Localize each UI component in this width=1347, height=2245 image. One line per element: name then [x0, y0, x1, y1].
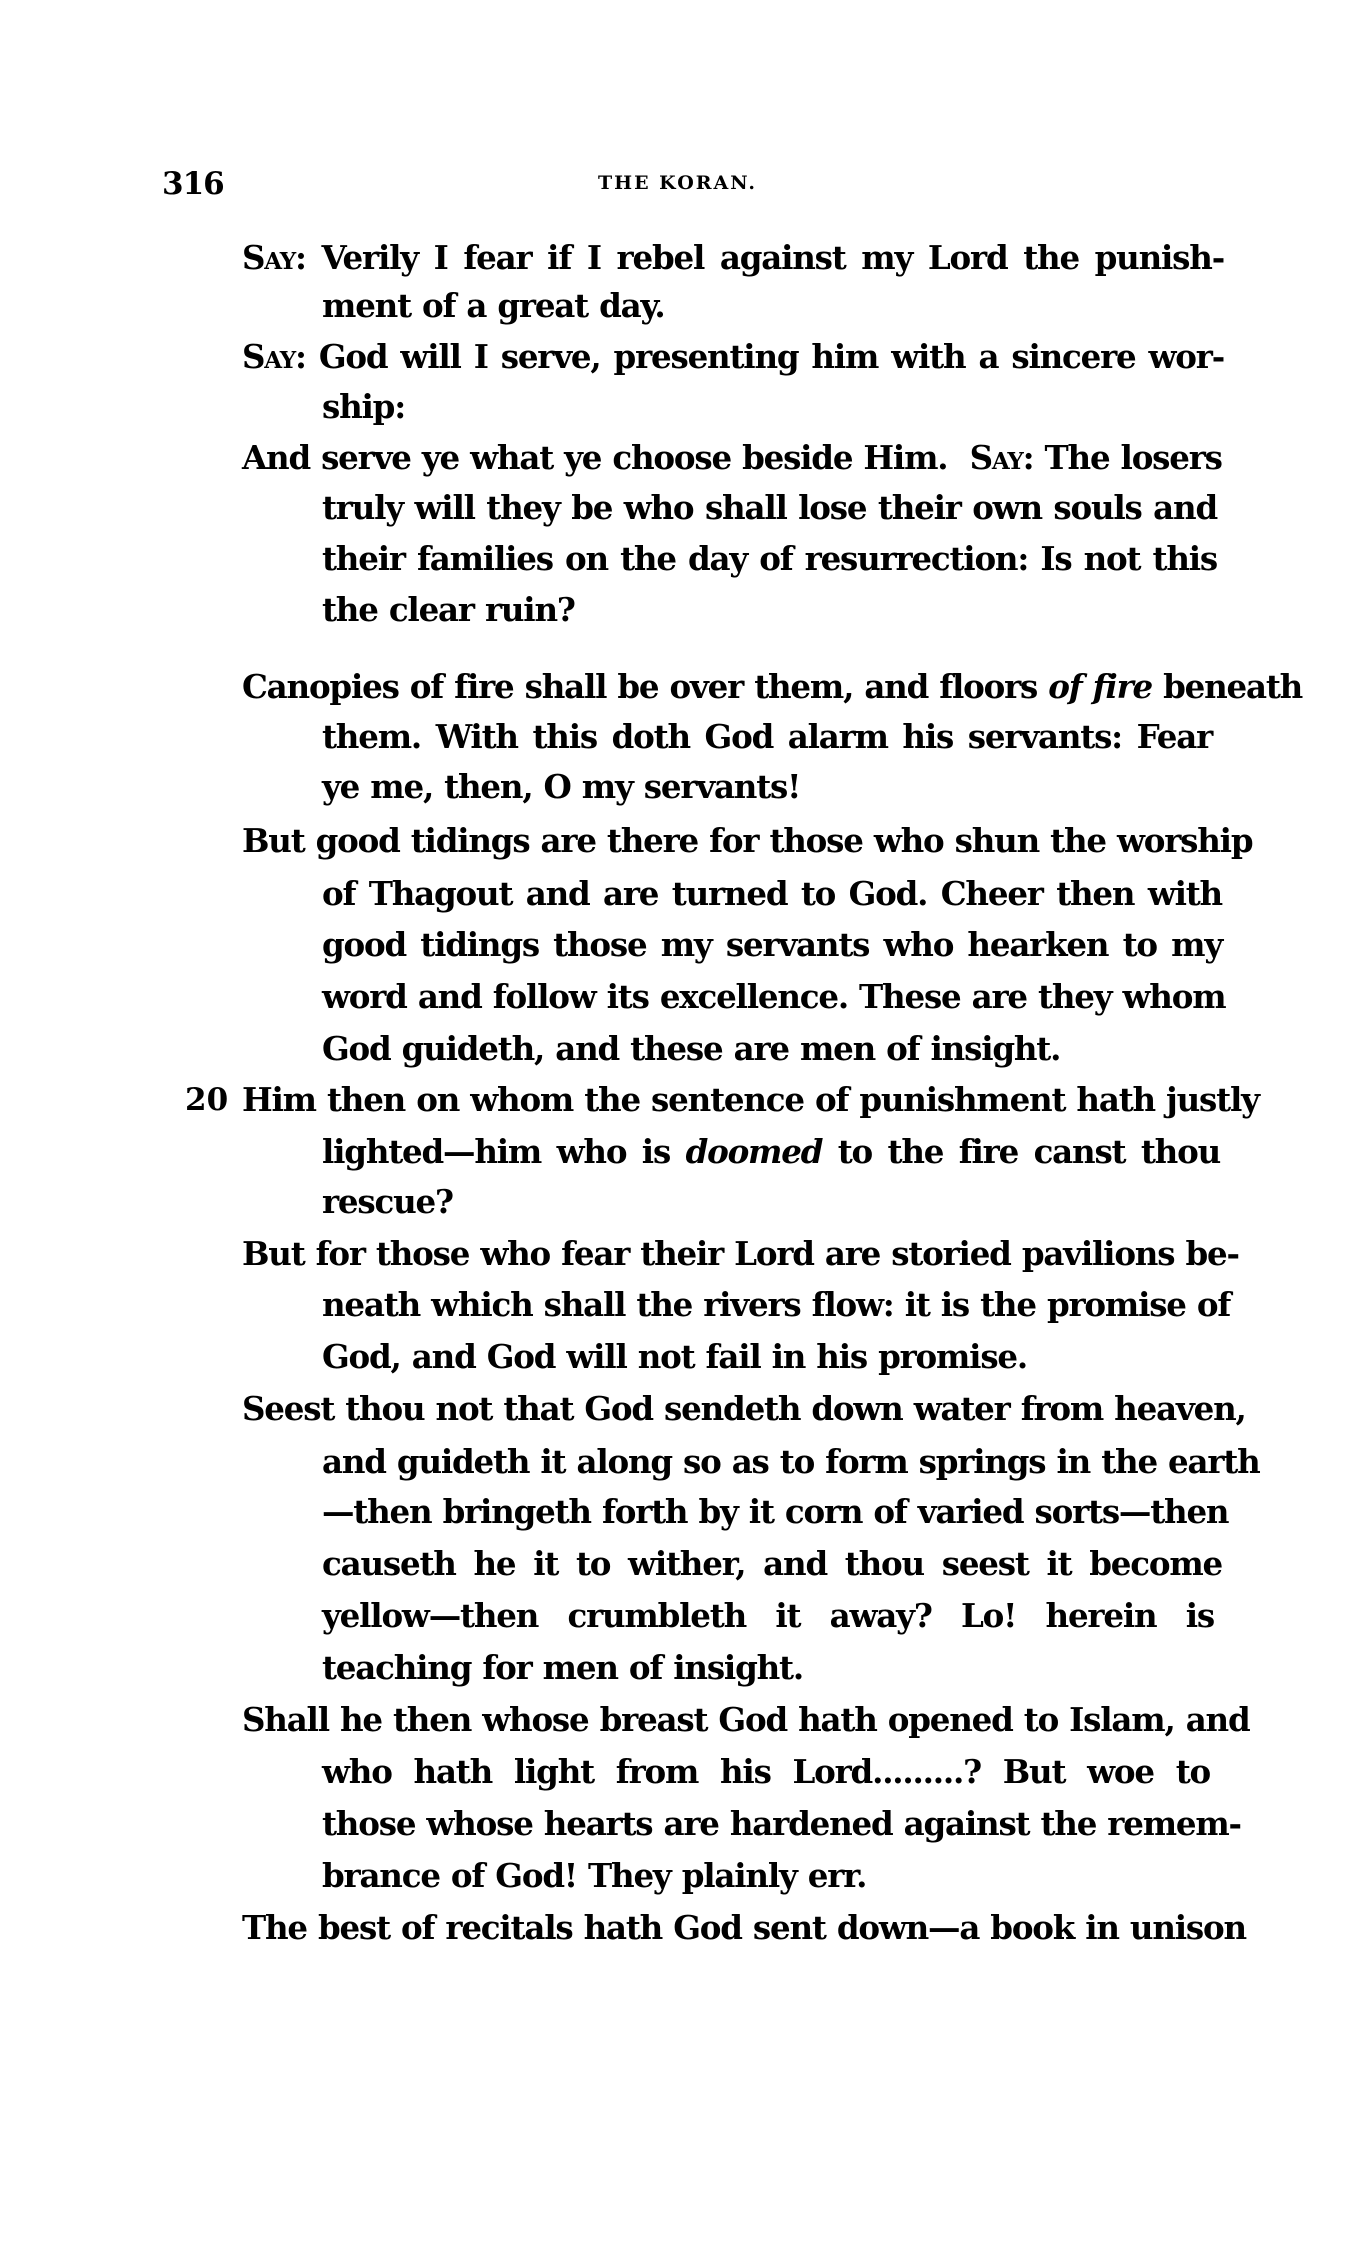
say-smallcaps: Say — [242, 337, 295, 376]
text-line: Shall he then whose breast God hath open… — [242, 1698, 1210, 1742]
text-line: yellow—then crumbleth it away? Lo! herei… — [322, 1594, 1214, 1638]
text-line: them. With this doth God alarm his serva… — [322, 715, 1212, 759]
italic-fragment: of fire — [1048, 667, 1152, 706]
book-page: 316 THE KORAN. Say: Verily I fear if I r… — [0, 0, 1347, 2245]
text-line: lighted—him who is doomed to the fire ca… — [322, 1130, 1220, 1174]
text-line: —then bringeth forth by it corn of varie… — [322, 1490, 1222, 1534]
text-line: who hath light from his Lord.........? B… — [322, 1750, 1210, 1794]
text-line: God, and God will not fail in his promis… — [322, 1335, 1027, 1379]
text-line: ship: — [322, 385, 405, 429]
text-line: rescue? — [322, 1180, 453, 1224]
text-line: teaching for men of insight. — [322, 1646, 803, 1690]
text-line: Seest thou not that God sendeth down wat… — [242, 1387, 1212, 1431]
running-head: 316 THE KORAN. — [0, 166, 1347, 206]
text-line: Him then on whom the sentence of punishm… — [242, 1078, 1222, 1122]
text-line: brance of God! They plainly err. — [322, 1854, 866, 1898]
text-fragment: lighted—him who is — [322, 1132, 686, 1171]
italic-fragment: doomed — [686, 1132, 823, 1171]
text-line: Canopies of fire shall be over them, and… — [242, 665, 1209, 709]
text-line: their families on the day of resurrectio… — [322, 537, 1217, 581]
text-fragment: : The losers — [1023, 438, 1222, 477]
text-line: those whose hearts are hardened against … — [322, 1802, 1210, 1846]
text-line: ye me, then, O my servants! — [322, 765, 800, 809]
text-line: word and follow its excellence. These ar… — [322, 975, 1222, 1019]
text-line: Say: God will I serve, presenting him wi… — [242, 335, 1224, 379]
text-fragment: Canopies of fire shall be over them, and… — [242, 667, 1048, 706]
text-line: The best of recitals hath God sent down—… — [242, 1906, 1210, 1950]
say-smallcaps: Say — [970, 438, 1023, 477]
text-fragment: : God will I serve, presenting him with … — [295, 337, 1224, 376]
text-fragment: beneath — [1152, 667, 1302, 706]
text-line: God guideth, and these are men of insigh… — [322, 1027, 1060, 1071]
text-line: the clear ruin? — [322, 588, 575, 632]
text-line: neath which shall the rivers flow: it is… — [322, 1283, 1222, 1327]
text-line: But good tidings are there for those who… — [242, 819, 1222, 863]
text-line: and guideth it along so as to form sprin… — [322, 1440, 1222, 1484]
text-line: And serve ye what ye choose beside Him. … — [242, 436, 1217, 480]
text-line: truly will they be who shall lose their … — [322, 486, 1217, 530]
text-line: But for those who fear their Lord are st… — [242, 1232, 1220, 1276]
running-title: THE KORAN. — [598, 172, 757, 194]
text-fragment: : Verily I fear if I rebel against my Lo… — [295, 238, 1224, 277]
text-line: ment of a great day. — [322, 284, 665, 328]
text-line: causeth he it to wither, and thou seest … — [322, 1542, 1222, 1586]
text-line: good tidings those my servants who heark… — [322, 923, 1222, 967]
page-number: 316 — [162, 166, 224, 202]
verse-number: 20 — [185, 1078, 228, 1122]
say-smallcaps: Say — [242, 238, 295, 277]
text-fragment: And serve ye what ye choose beside Him. — [242, 438, 970, 477]
text-line: Say: Verily I fear if I rebel against my… — [242, 236, 1224, 280]
text-line: of Thagout and are turned to God. Cheer … — [322, 872, 1222, 916]
text-fragment: to the fire canst thou — [822, 1132, 1220, 1171]
